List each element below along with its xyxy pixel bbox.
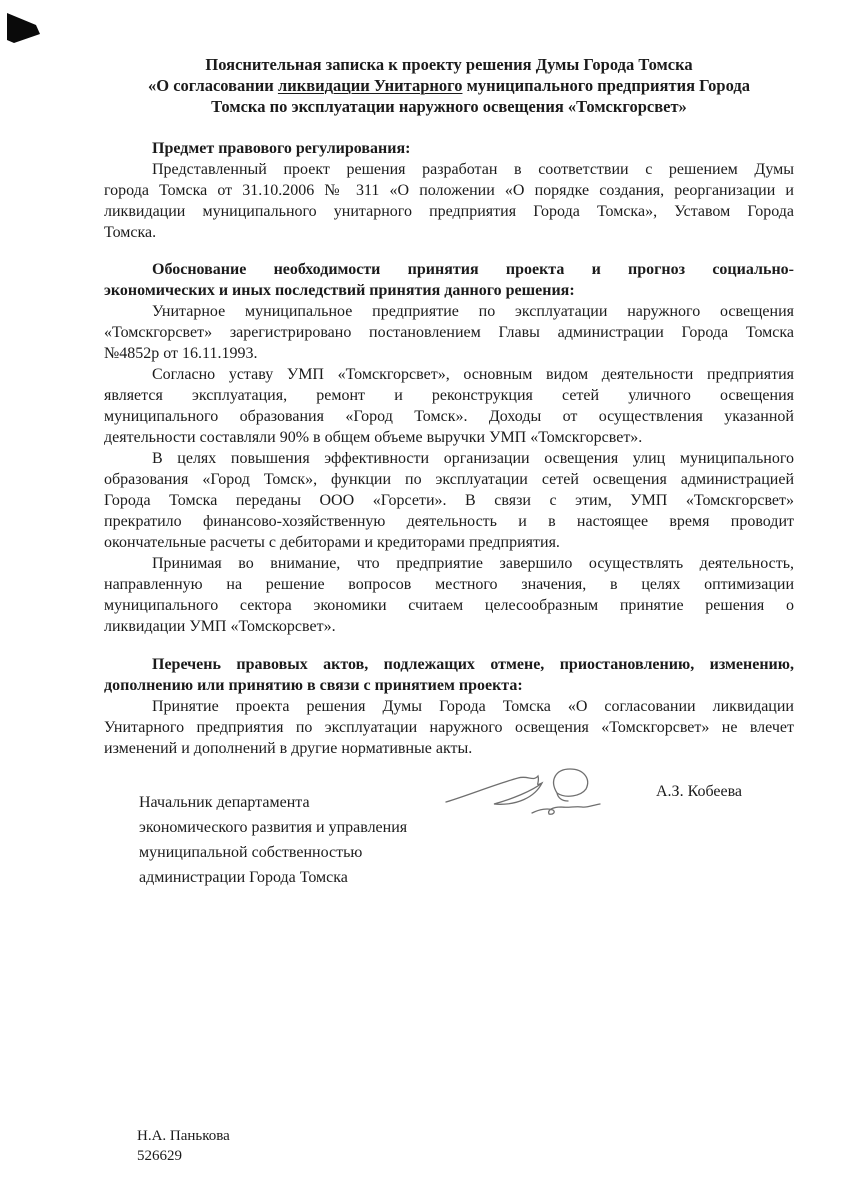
title-text: муниципального предприятия Города (462, 76, 750, 95)
paragraph-line: окончательные расчеты с дебиторами и кре… (104, 532, 794, 553)
heading-line: дополнению или принятию в связи с принят… (104, 675, 794, 696)
paragraph-acts: Принятие проекта решения Думы Города Том… (104, 696, 794, 759)
scan-corner-artifact-icon (7, 12, 41, 44)
heading-line: Обоснование необходимости принятия проек… (104, 259, 794, 280)
paragraph-line: Унитарное муниципальное предприятие по э… (104, 301, 794, 322)
heading-line: экономических и иных последствий приняти… (104, 280, 794, 301)
paragraph-line: муниципального образования «Город Томск»… (104, 406, 794, 427)
signer-position-line: экономического развития и управления (139, 815, 459, 840)
paragraph-line: Города Томска переданы ООО «Горсети». В … (104, 490, 794, 511)
paragraph-line: изменений и дополнений в другие норматив… (104, 738, 794, 759)
section-heading-justification: Обоснование необходимости принятия проек… (104, 259, 794, 301)
heading-line: Перечень правовых актов, подлежащих отме… (104, 654, 794, 675)
paragraph-line: прекратило финансово-хозяйственную деяте… (104, 511, 794, 532)
paragraph-line: Принимая во внимание, что предприятие за… (104, 553, 794, 574)
paragraph-line: муниципального сектора экономики считаем… (104, 595, 794, 616)
title-line: Томска по эксплуатации наружного освещен… (104, 96, 794, 117)
paragraph-line: Томска. (104, 222, 794, 243)
paragraph-line: ликвидации муниципального унитарного пре… (104, 201, 794, 222)
signer-position-line: администрации Города Томска (139, 865, 459, 890)
document-title: Пояснительная записка к проекту решения … (104, 54, 794, 117)
document-content: Пояснительная записка к проекту решения … (104, 54, 794, 890)
paragraph-line: Согласно уставу УМП «Томскгорсвет», осно… (104, 364, 794, 385)
signer-position-line: Начальник департамента (139, 790, 459, 815)
section-heading-acts: Перечень правовых актов, подлежащих отме… (104, 654, 794, 696)
paragraph-line: №4852р от 16.11.1993. (104, 343, 794, 364)
executor-footer: Н.А. Панькова 526629 (137, 1126, 230, 1166)
section-heading-subject: Предмет правового регулирования: (104, 138, 794, 159)
paragraph-line: ликвидации УМП «Томскорсвет». (104, 616, 794, 637)
paragraph-line: направленную на решение вопросов местног… (104, 574, 794, 595)
paragraph-line: города Томска от 31.10.2006 № 311 «О пол… (104, 180, 794, 201)
signer-position-line: муниципальной собственностью (139, 840, 459, 865)
executor-phone: 526629 (137, 1146, 230, 1166)
paragraph-line: деятельности составляли 90% в общем объе… (104, 427, 794, 448)
paragraph-line: «Томскгорсвет» зарегистрировано постанов… (104, 322, 794, 343)
paragraph-line: является эксплуатация, ремонт и реконстр… (104, 385, 794, 406)
title-line: Пояснительная записка к проекту решения … (104, 54, 794, 75)
title-text: «О согласовании (148, 76, 278, 95)
paragraph-line: В целях повышения эффективности организа… (104, 448, 794, 469)
paragraph-transfer-gorseti: В целях повышения эффективности организа… (104, 448, 794, 553)
scanned-document-page: Пояснительная записка к проекту решения … (0, 0, 850, 1185)
paragraph-line: Представленный проект решения разработан… (104, 159, 794, 180)
paragraph-registration: Унитарное муниципальное предприятие по э… (104, 301, 794, 364)
executor-name: Н.А. Панькова (137, 1126, 230, 1146)
paragraph-liquidation-decision: Принимая во внимание, что предприятие за… (104, 553, 794, 637)
paragraph-line: Принятие проекта решения Думы Города Том… (104, 696, 794, 717)
title-line: «О согласовании ликвидации Унитарного му… (104, 75, 794, 96)
paragraph-line: образования «Город Томск», функции по эк… (104, 469, 794, 490)
paragraph-charter-activity: Согласно уставу УМП «Томскгорсвет», осно… (104, 364, 794, 448)
title-underlined-text: ликвидации Унитарного (278, 76, 463, 95)
paragraph-line: Унитарного предприятия по эксплуатации н… (104, 717, 794, 738)
signature-block: Начальник департамента экономического ра… (104, 790, 794, 890)
signer-position: Начальник департамента экономического ра… (139, 790, 459, 890)
paragraph-subject: Представленный проект решения разработан… (104, 159, 794, 243)
signer-name: А.З. Кобеева (656, 781, 742, 802)
handwritten-signature-icon (444, 766, 614, 824)
